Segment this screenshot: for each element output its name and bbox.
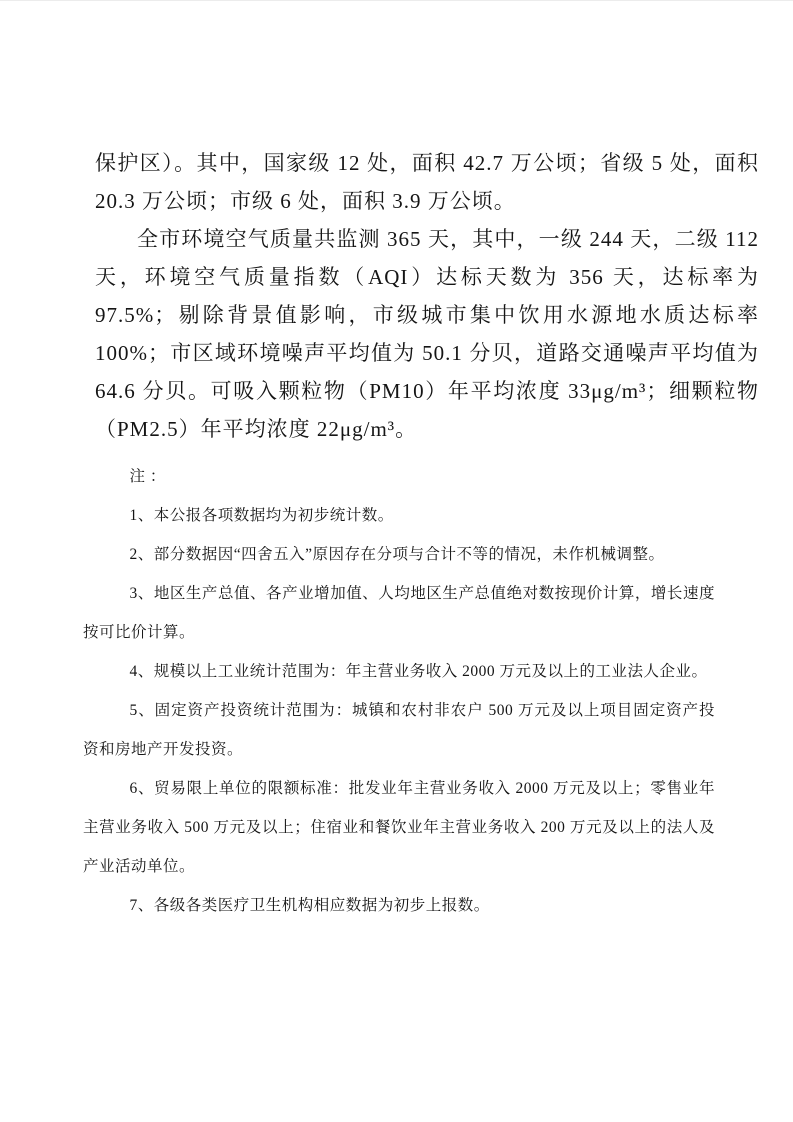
paragraph-nature-reserves: 保护区）。其中，国家级 12 处，面积 42.7 万公顷；省级 5 处，面积 2… bbox=[95, 144, 759, 220]
notes-label: 注 ： bbox=[83, 457, 715, 496]
note-item-5: 5、固定资产投资统计范围为：城镇和农村非农户 500 万元及以上项目固定资产投资… bbox=[83, 691, 715, 769]
notes-section: 注 ： 1、本公报各项数据均为初步统计数。 2、部分数据因“四舍五入”原因存在分… bbox=[83, 457, 715, 925]
note-item-6: 6、贸易限上单位的限额标准：批发业年主营业务收入 2000 万元及以上；零售业年… bbox=[83, 769, 715, 886]
note-item-3: 3、地区生产总值、各产业增加值、人均地区生产总值绝对数按现价计算，增长速度按可比… bbox=[83, 574, 715, 652]
document-page: 保护区）。其中，国家级 12 处，面积 42.7 万公顷；省级 5 处，面积 2… bbox=[0, 0, 793, 1122]
note-item-4: 4、规模以上工业统计范围为：年主营业务收入 2000 万元及以上的工业法人企业。 bbox=[83, 652, 715, 691]
note-item-2: 2、部分数据因“四舍五入”原因存在分项与合计不等的情况，未作机械调整。 bbox=[83, 535, 715, 574]
note-item-7: 7、各级各类医疗卫生机构相应数据为初步上报数。 bbox=[83, 886, 715, 925]
note-item-1: 1、本公报各项数据均为初步统计数。 bbox=[83, 496, 715, 535]
main-text-block: 保护区）。其中，国家级 12 处，面积 42.7 万公顷；省级 5 处，面积 2… bbox=[95, 144, 759, 448]
paragraph-air-quality: 全市环境空气质量共监测 365 天，其中，一级 244 天，二级 112 天，环… bbox=[95, 220, 759, 448]
